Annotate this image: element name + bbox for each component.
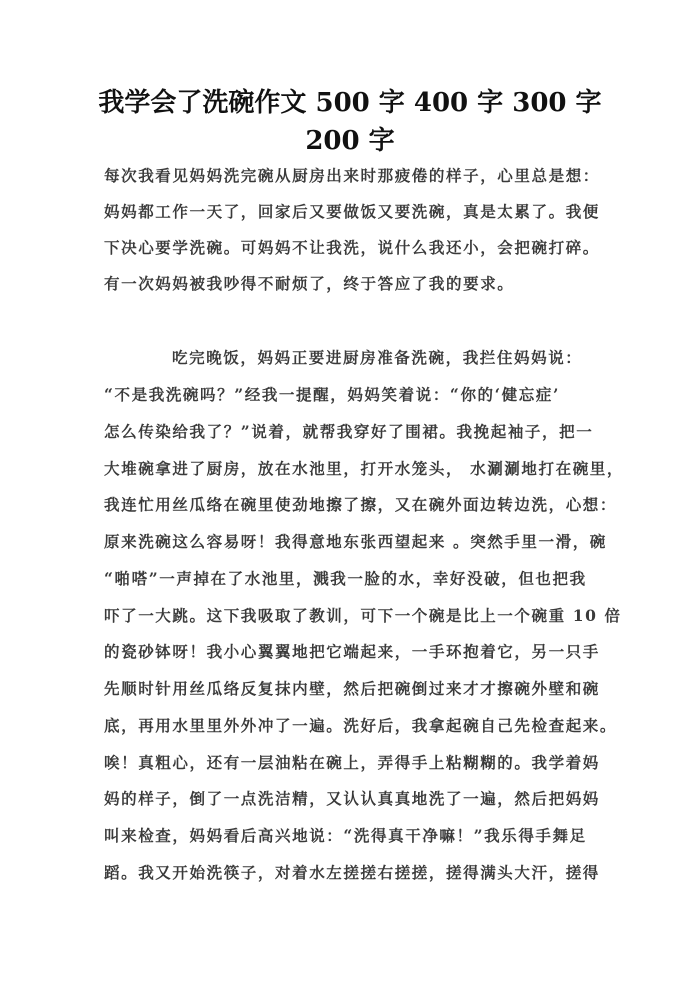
paragraph-line: 大堆碗拿进了厨房，放在水池里，打开水笼头， 水涮涮地打在碗里， xyxy=(104,457,624,493)
paragraph-line: 原来洗碗这么容易呀！我得意地东张西望起来 。突然手里一滑，碗 xyxy=(104,530,607,566)
paragraph-line: 的瓷砂钵呀！我小心翼翼地把它端起来，一手环抱着它，另一只手 xyxy=(104,640,600,676)
paragraph-line: 叫来检查，妈妈看后高兴地说：“洗得真干净嘛！”我乐得手舞足 xyxy=(104,824,587,860)
paragraph-line: 吃完晚饭，妈妈正要进厨房准备洗碗，我拦住妈妈说： xyxy=(172,346,582,382)
paragraph-line: 妈妈都工作一天了，回家后又要做饭又要洗碗，真是太累了。我便 xyxy=(104,200,600,236)
paragraph-line: 底，再用水里里外外冲了一遍。洗好后，我拿起碗自己先检查起来。 xyxy=(104,714,617,750)
paragraph-line: 怎么传染给我了？”说着，就帮我穿好了围裙。我挽起袖子，把一 xyxy=(104,420,593,456)
paragraph-line: 有一次妈妈被我吵得不耐烦了，终于答应了我的要求。 xyxy=(104,272,514,308)
paragraph-line: 先顺时针用丝瓜络反复抹内壁，然后把碗倒过来才才擦碗外壁和碗 xyxy=(104,677,600,713)
title-line-2: 200 字 xyxy=(90,122,610,160)
paragraph-line: 吓了一大跳。这下我吸取了教训，可下一个碗是比上一个碗重 10 倍 xyxy=(104,604,622,640)
paragraph-line: 我连忙用丝瓜络在碗里使劲地擦了擦，又在碗外面边转边洗，心想： xyxy=(104,493,617,529)
paragraph-line: “啪嗒”一声掉在了水池里，溅我一脸的水，幸好没破，但也把我 xyxy=(104,567,587,603)
paragraph-line: 下决心要学洗碗。可妈妈不让我洗，说什么我还小，会把碗打碎。 xyxy=(104,236,600,272)
paragraph-line: 唉！真粗心，还有一层油粘在碗上，弄得手上粘糊糊的。我学着妈 xyxy=(104,751,600,787)
document-title: 我学会了洗碗作文 500 字 400 字 300 字 200 字 xyxy=(90,84,610,160)
paragraph-line: 蹈。我又开始洗筷子，对着水左搓搓右搓搓，搓得满头大汗，搓得 xyxy=(104,861,600,897)
paragraph-line: 每次我看见妈妈洗完碗从厨房出来时那疲倦的样子，心里总是想： xyxy=(104,164,600,200)
title-line-1: 我学会了洗碗作文 500 字 400 字 300 字 xyxy=(90,84,610,122)
document-page: 我学会了洗碗作文 500 字 400 字 300 字 200 字 每次我看见妈妈… xyxy=(0,0,700,988)
paragraph-line: 妈的样子，倒了一点洗洁精，又认认真真地洗了一遍，然后把妈妈 xyxy=(104,787,600,823)
paragraph-line: “不是我洗碗吗？”经我一提醒，妈妈笑着说：“你的‘健忘症’ xyxy=(104,383,560,419)
